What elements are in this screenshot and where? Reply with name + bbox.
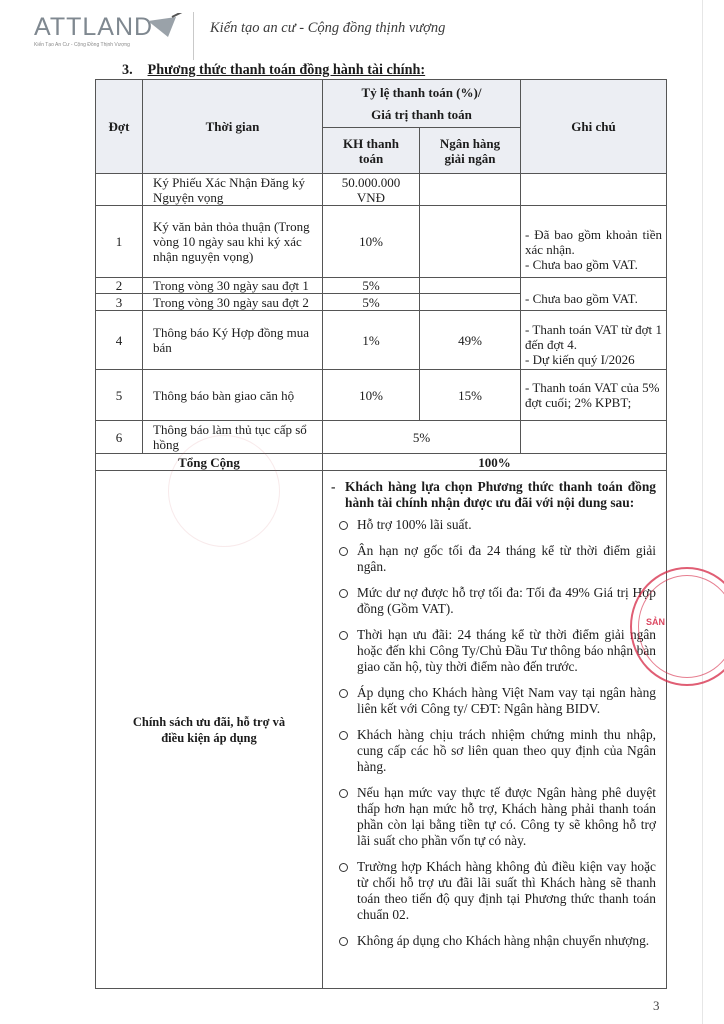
cell-installment [96,174,143,206]
cell-installment: 2 [96,278,143,294]
cell-installment: 5 [96,370,143,421]
header-customer-pay: KH thanh toán [323,128,420,174]
cell-notes: - Chưa bao gồm VAT. [521,278,667,311]
circle-bullet-icon [339,521,348,530]
policy-label: Chính sách ưu đãi, hỗ trợ và điều kiện á… [96,471,323,989]
logo-text: ATTLAND [34,13,153,42]
policy-item: Khách hàng chịu trách nhiệm chứng minh t… [331,727,656,775]
faint-stamp [168,435,280,547]
cell-notes [521,174,667,206]
note-line: - Thanh toán VAT từ đợt 1 đến đợt 4. [525,322,662,352]
note-line: - Đã bao gồm khoản tiền xác nhận. [525,227,662,257]
cell-time: Trong vòng 30 ngày sau đợt 1 [143,278,323,294]
policy-item: Ân hạn nợ gốc tối đa 24 tháng kể từ thời… [331,543,656,575]
policy-list: Hỗ trợ 100% lãi suất. Ân hạn nợ gốc tối … [331,517,656,949]
cell-bank-disburse: 15% [420,370,521,421]
note-line: - Dự kiến quý I/2026 [525,352,662,367]
header-installment: Đợt [96,80,143,174]
header-slogan: Kiến tạo an cư - Cộng đồng thịnh vượng [210,20,445,37]
circle-bullet-icon [339,789,348,798]
policy-item: Thời hạn ưu đãi: 24 tháng kể từ thời điể… [331,627,656,675]
cell-notes: - Thanh toán VAT của 5% đợt cuối; 2% KPB… [521,370,667,421]
table-row: 4 Thông báo Ký Hợp đồng mua bán 1% 49% -… [96,311,667,370]
cell-time: Thông báo bàn giao căn hộ [143,370,323,421]
cell-bank-disburse [420,294,521,311]
table-row: 6 Thông báo làm thủ tục cấp sổ hồng 5% [96,421,667,454]
cell-customer-pay: 10% [323,370,420,421]
table-row: 2 Trong vòng 30 ngày sau đợt 1 5% - Chưa… [96,278,667,294]
cell-customer-pay: 5% [323,278,420,294]
circle-bullet-icon [339,547,348,556]
cell-customer-pay: 5% [323,294,420,311]
header-rate-group: Tỷ lệ thanh toán (%)/ Giá trị thanh toán [323,80,521,128]
header-time: Thời gian [143,80,323,174]
circle-bullet-icon [339,731,348,740]
policy-item: Mức dư nợ được hỗ trợ tối đa: Tối đa 49%… [331,585,656,617]
header-rate-line2: Giá trị thanh toán [371,107,472,122]
cell-notes: - Thanh toán VAT từ đợt 1 đến đợt 4. - D… [521,311,667,370]
cell-bank-disburse [420,206,521,278]
header-rate-line1: Tỷ lệ thanh toán (%)/ [362,85,482,100]
cell-time: Trong vòng 30 ngày sau đợt 2 [143,294,323,311]
cell-time: Ký Phiếu Xác Nhận Đăng ký Nguyện vọng [143,174,323,206]
cell-combined-rate: 5% [323,421,521,454]
header-notes: Ghi chú [521,80,667,174]
section-number: 3. [122,62,144,79]
cell-customer-pay: 50.000.000 VNĐ [323,174,420,206]
table-row: 5 Thông báo bàn giao căn hộ 10% 15% - Th… [96,370,667,421]
header-bank-disburse: Ngân hàng giải ngân [420,128,521,174]
circle-bullet-icon [339,937,348,946]
policy-item: Trường hợp Khách hàng không đủ điều kiện… [331,859,656,923]
total-value: 100% [323,454,667,471]
policy-body: - Khách hàng lựa chọn Phương thức thanh … [323,471,667,989]
dash-bullet: - [331,479,345,511]
stamp-text: SẢN [646,617,665,627]
cell-bank-disburse [420,174,521,206]
cell-time: Thông báo Ký Hợp đồng mua bán [143,311,323,370]
cell-installment: 6 [96,421,143,454]
table-row: 1 Ký văn bản thỏa thuận (Trong vòng 10 n… [96,206,667,278]
circle-bullet-icon [339,689,348,698]
attland-logo: ATTLAND Kiến Tạo An Cư - Cộng Đồng Thịnh… [34,13,194,57]
logo-swoosh-icon [146,13,186,45]
cell-bank-disburse: 49% [420,311,521,370]
header-divider [193,12,194,60]
section-title: 3. Phương thức thanh toán đồng hành tài … [122,62,425,79]
cell-notes: - Đã bao gồm khoản tiền xác nhận. - Chưa… [521,206,667,278]
cell-notes [521,421,667,454]
policy-row: Chính sách ưu đãi, hỗ trợ và điều kiện á… [96,471,667,989]
circle-bullet-icon [339,631,348,640]
circle-bullet-icon [339,589,348,598]
logo-subtitle: Kiến Tạo An Cư - Cộng Đồng Thịnh Vượng [34,42,130,48]
note-line: - Chưa bao gồm VAT. [525,257,662,272]
payment-schedule-table: Đợt Thời gian Tỷ lệ thanh toán (%)/ Giá … [95,79,667,989]
policy-intro-text: Khách hàng lựa chọn Phương thức thanh to… [345,479,656,511]
policy-item: Hỗ trợ 100% lãi suất. [331,517,656,533]
circle-bullet-icon [339,863,348,872]
policy-item: Nếu hạn mức vay thực tế được Ngân hàng p… [331,785,656,849]
section-title-text: Phương thức thanh toán đồng hành tài chí… [148,62,426,78]
cell-installment: 1 [96,206,143,278]
policy-intro: - Khách hàng lựa chọn Phương thức thanh … [331,479,656,511]
note-line: - Thanh toán VAT của 5% đợt cuối; 2% KPB… [525,380,662,410]
cell-installment: 4 [96,311,143,370]
page-number: 3 [653,998,660,1014]
cell-customer-pay: 10% [323,206,420,278]
policy-item: Không áp dụng cho Khách hàng nhận chuyển… [331,933,656,949]
cell-bank-disburse [420,278,521,294]
page-edge [702,0,703,1024]
table-row: Ký Phiếu Xác Nhận Đăng ký Nguyện vọng 50… [96,174,667,206]
policy-item: Áp dụng cho Khách hàng Việt Nam vay tại … [331,685,656,717]
cell-time: Ký văn bản thỏa thuận (Trong vòng 10 ngà… [143,206,323,278]
cell-installment: 3 [96,294,143,311]
cell-customer-pay: 1% [323,311,420,370]
note-line: - Chưa bao gồm VAT. [525,291,662,306]
